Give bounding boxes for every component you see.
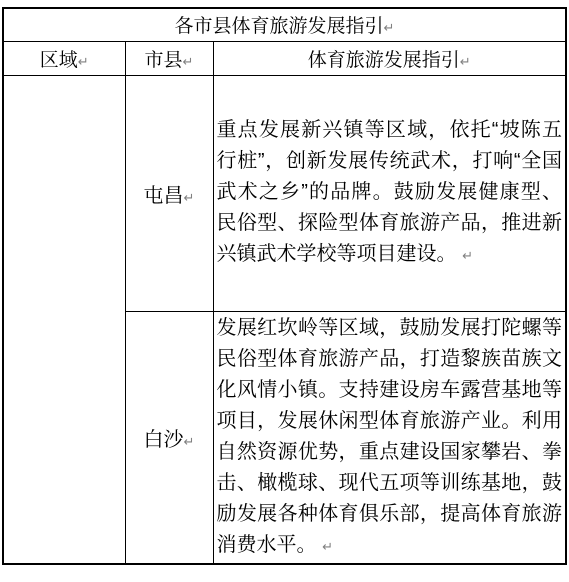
header-region: 区域↵ [3,41,125,75]
paragraph-mark-icon: ↵ [462,248,473,263]
paragraph-mark-icon: ↵ [460,54,471,69]
table-title-cell: 各市县体育旅游发展指引↵ [3,8,566,41]
header-guideline: 体育旅游发展指引↵ [213,41,566,75]
region-cell-empty [3,75,125,564]
table-header-row: 区域↵ 市县↵ 体育旅游发展指引↵ [3,41,566,75]
city-cell-tunchang: 屯昌↵ [125,75,213,311]
header-region-label: 区域 [40,50,78,71]
header-city-label: 市县 [145,50,183,71]
guideline-text: 重点发展新兴镇等区域，依托“坡陈五行桩”，创新发展传统武术，打响“全国武术之乡”… [217,119,563,265]
city-name: 白沙 [144,429,184,451]
guideline-text: 发展红坎岭等区域，鼓励发展打陀螺等民俗型体育旅游产品，打造黎族苗族文化风情小镇。… [217,317,563,556]
header-city: 市县↵ [125,41,213,75]
paragraph-mark-icon: ↵ [384,20,395,35]
table-title: 各市县体育旅游发展指引 [175,16,384,37]
header-guideline-label: 体育旅游发展指引 [308,50,460,71]
table-title-row: 各市县体育旅游发展指引↵ [3,8,566,41]
paragraph-mark-icon: ↵ [78,54,89,69]
guideline-cell-tunchang: 重点发展新兴镇等区域，依托“坡陈五行桩”，创新发展传统武术，打响“全国武术之乡”… [213,75,566,311]
city-name: 屯昌 [144,185,184,207]
document-page: 各市县体育旅游发展指引↵ 区域↵ 市县↵ 体育旅游发展指引↵ 屯昌↵ [0,0,569,582]
paragraph-mark-icon: ↵ [183,54,194,69]
city-cell-baisha: 白沙↵ [125,311,213,564]
paragraph-mark-icon: ↵ [184,190,195,205]
sports-tourism-table: 各市县体育旅游发展指引↵ 区域↵ 市县↵ 体育旅游发展指引↵ 屯昌↵ [2,7,567,565]
table-row-tunchang: 屯昌↵ 重点发展新兴镇等区域，依托“坡陈五行桩”，创新发展传统武术，打响“全国武… [3,75,566,311]
paragraph-mark-icon: ↵ [184,434,195,449]
guideline-cell-baisha: 发展红坎岭等区域，鼓励发展打陀螺等民俗型体育旅游产品，打造黎族苗族文化风情小镇。… [213,311,566,564]
paragraph-mark-icon: ↵ [322,539,333,554]
